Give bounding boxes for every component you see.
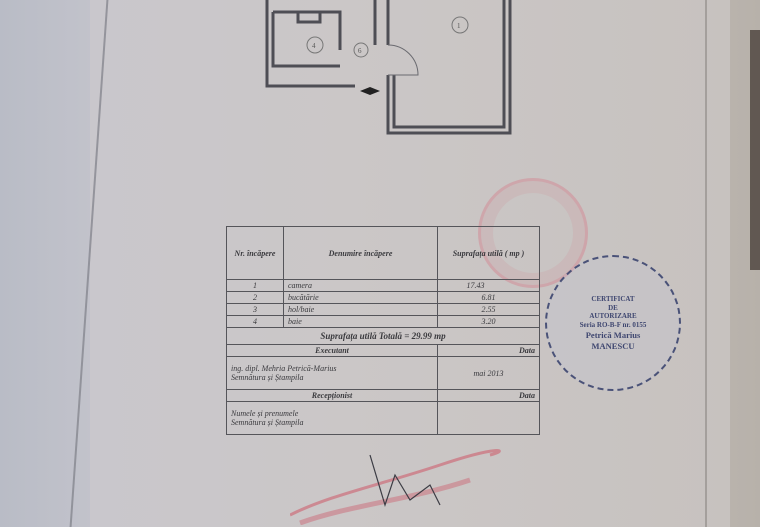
total-area: Suprafața utilă Totală = 29.99 mp [227,328,540,345]
signature-scribble [290,445,530,525]
executant-date-label: Data [438,345,540,357]
table-row: 4 baie 3.20 [227,316,540,328]
stamp-line: Petrică Marius [586,330,641,341]
executant-name: ing. dipl. Mehria Petrică-Marius [231,364,433,373]
row-nr: 2 [227,292,284,304]
stamp-line: AUTORIZARE [589,312,636,321]
receptionist-date [438,402,540,435]
stamp-line: CERTIFICAT [591,295,634,304]
svg-text:1: 1 [457,22,461,30]
stamp-line: DE [608,304,618,313]
receptionist-name: Numele și prenumele [231,409,433,418]
row-name: camera [284,280,438,292]
header-nr: Nr. încăpere [227,227,284,280]
executant-date: mai 2013 [438,357,540,390]
total-row: Suprafața utilă Totală = 29.99 mp [227,328,540,345]
area-table: Nr. încăpere Denumire încăpere Suprafața… [226,226,540,435]
header-area: Suprafața utilă ( mp ) [438,227,540,280]
row-nr: 3 [227,304,284,316]
receptionist-date-label: Data [438,390,540,402]
executant-info: ing. dipl. Mehria Petrică-Marius Semnătu… [227,357,438,390]
stamp-line: MANESCU [592,341,635,352]
header-name: Denumire încăpere [284,227,438,280]
table-row: 3 hol/baie 2.55 [227,304,540,316]
svg-text:6: 6 [358,47,362,55]
authorization-stamp: CERTIFICAT DE AUTORIZARE Seria RO-B-F nr… [545,255,681,391]
receptionist-info: Numele și prenumele Semnătura și Ștampil… [227,402,438,435]
receptionist-row: Numele și prenumele Semnătura și Ștampil… [227,402,540,435]
table-header-row: Nr. încăpere Denumire încăpere Suprafața… [227,227,540,280]
stamp-line: Seria RO-B-F nr. 0155 [580,321,647,330]
paper-fold-right [705,0,707,527]
executant-label: Executant [227,345,438,357]
table-row: 1 camera 17.43 [227,280,540,292]
executant-header: Executant Data [227,345,540,357]
row-name: hol/baie [284,304,438,316]
row-name: bucătărie [284,292,438,304]
row-area: 2.55 [438,304,540,316]
executant-sign: Semnătura și Ștampila [231,373,433,382]
row-area: 17.43 [438,280,540,292]
receptionist-header: Recepționist Data [227,390,540,402]
row-nr: 4 [227,316,284,328]
row-nr: 1 [227,280,284,292]
background-edge [750,30,760,270]
svg-text:4: 4 [312,42,316,50]
row-area: 3.20 [438,316,540,328]
receptionist-sign: Semnătura și Ștampila [231,418,433,427]
row-area: 6.81 [438,292,540,304]
floor-plan-drawing: 1 4 6 [255,0,515,135]
row-name: baie [284,316,438,328]
table-row: 2 bucătărie 6.81 [227,292,540,304]
receptionist-label: Recepționist [227,390,438,402]
executant-row: ing. dipl. Mehria Petrică-Marius Semnătu… [227,357,540,390]
